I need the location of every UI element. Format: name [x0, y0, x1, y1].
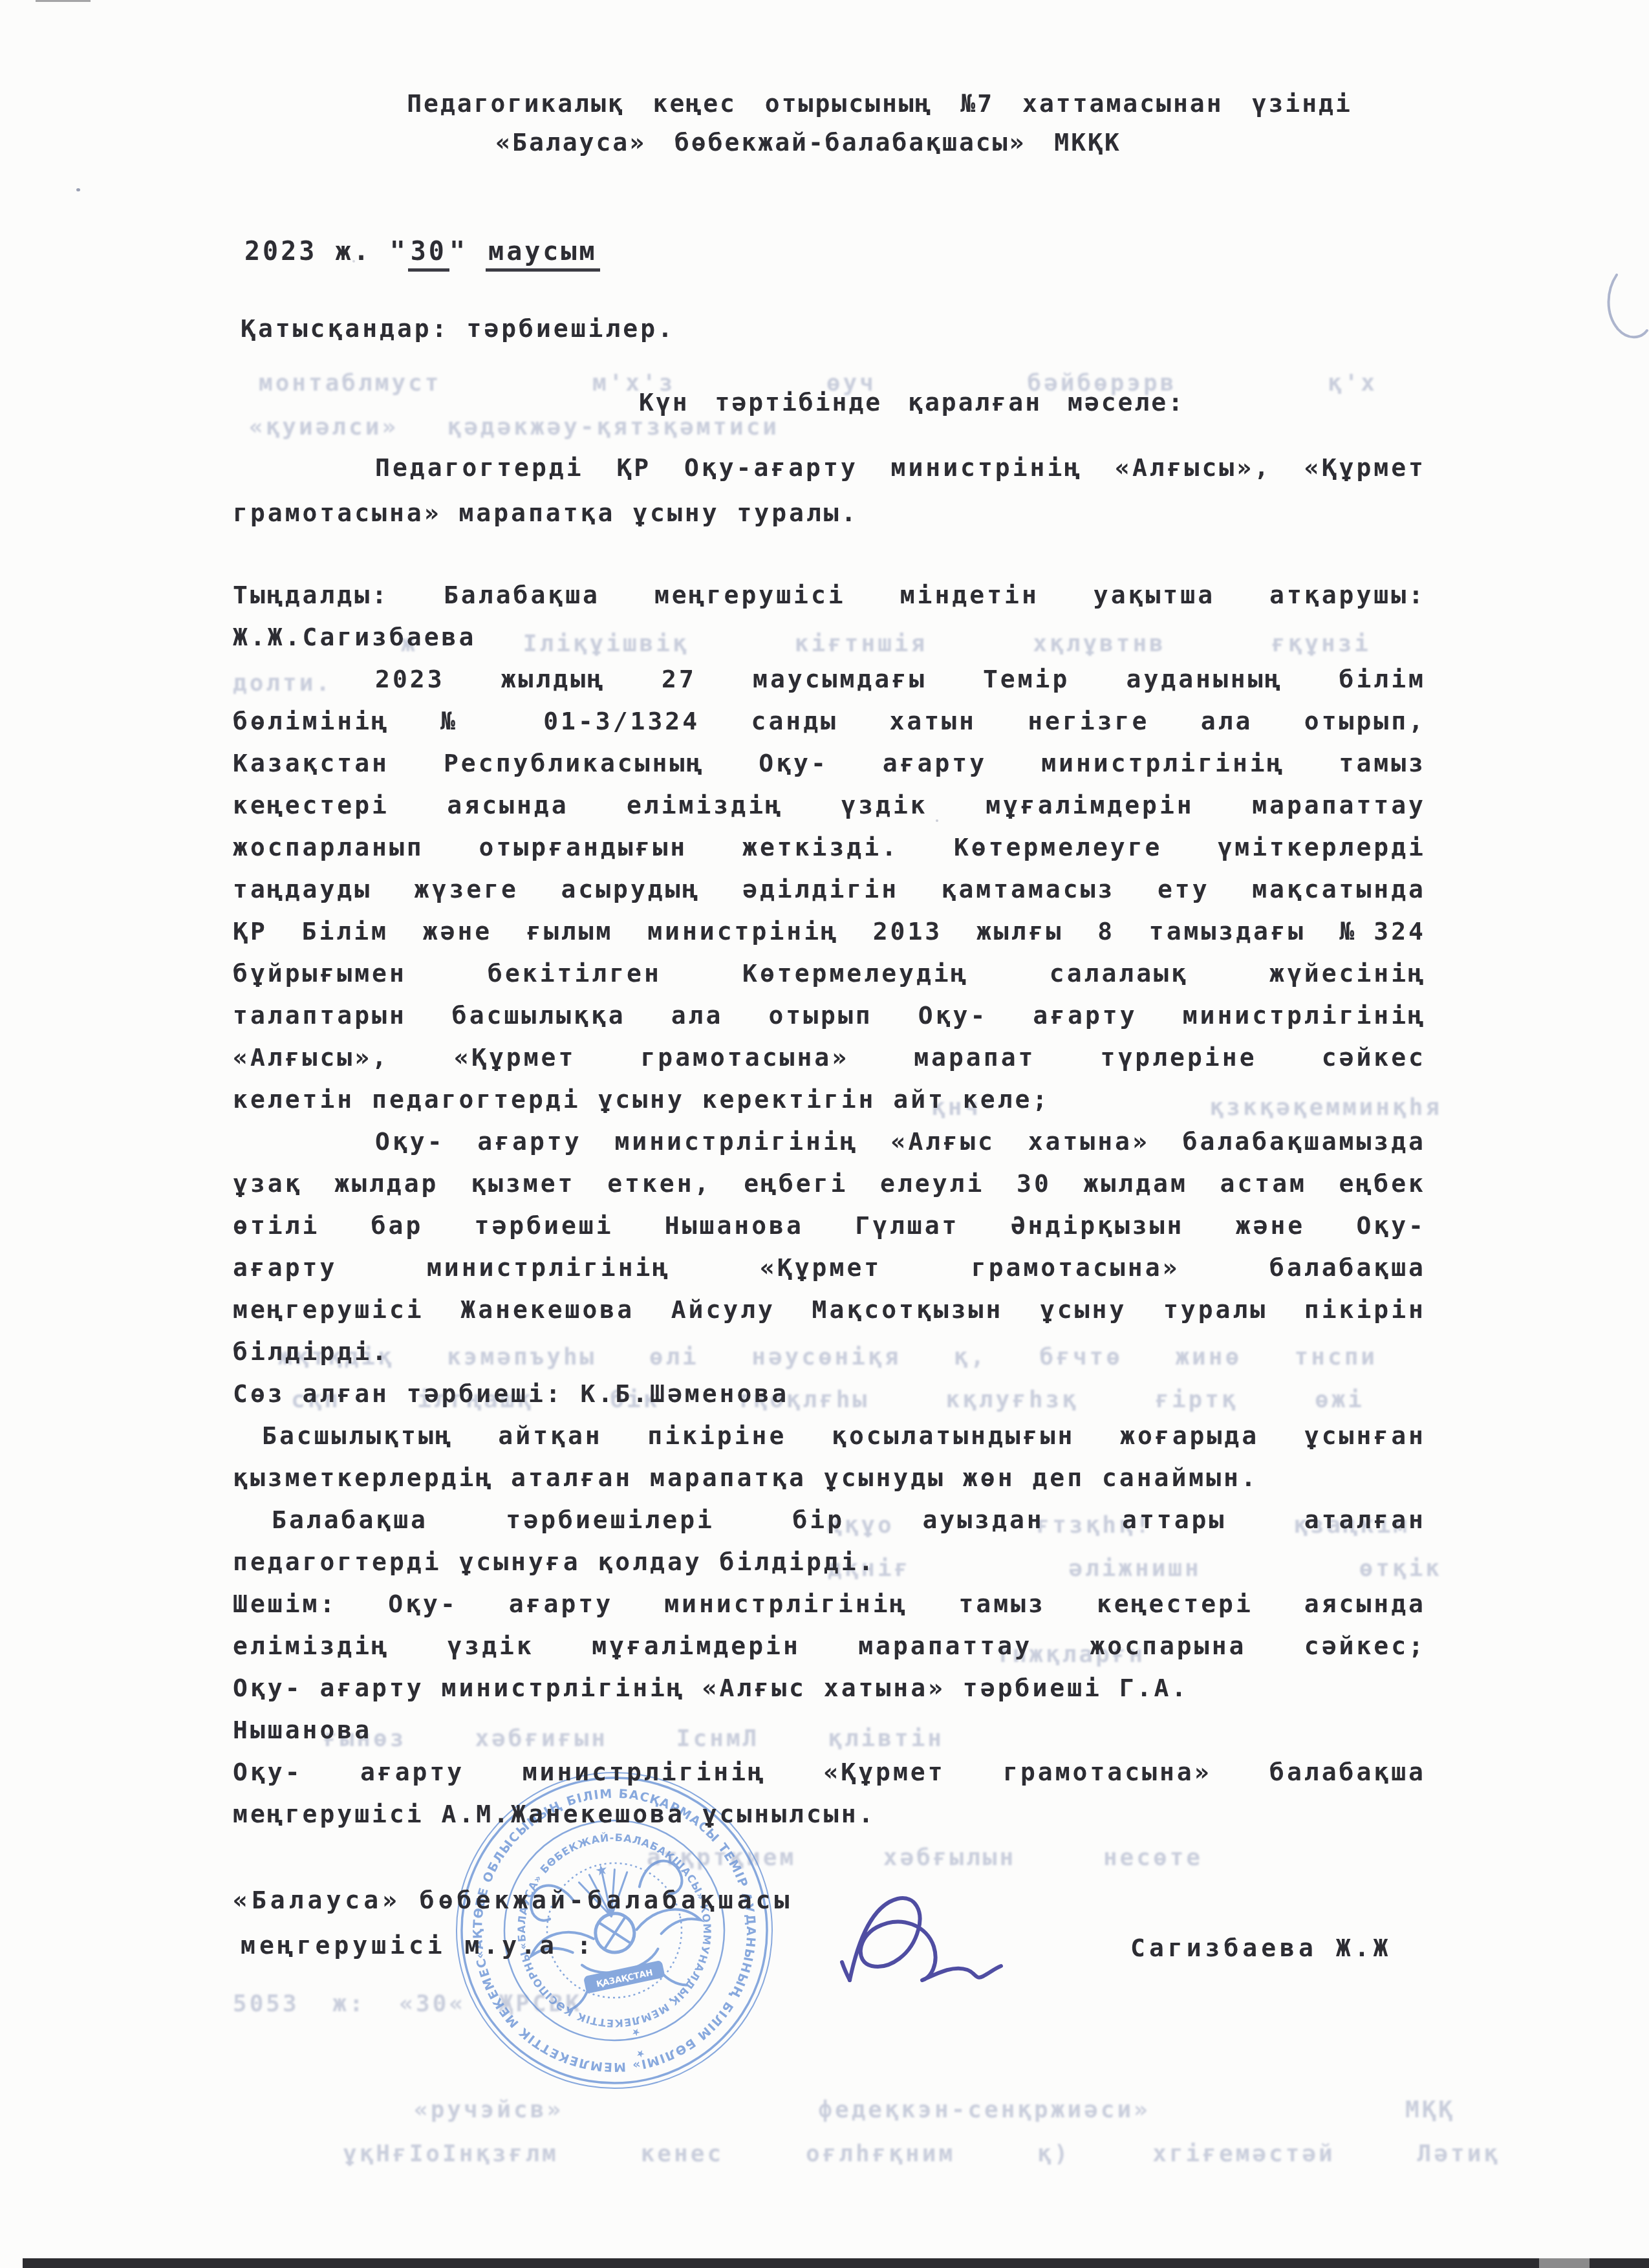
date-day: 30 — [408, 237, 449, 272]
text-line: Ж.Ж.Сагизбаева — [233, 616, 1426, 658]
document-date-line: 2023 ж. "30" маусым — [244, 237, 600, 266]
text-line: өтілі бар тәрбиеші Нышанова Гүлшат Әндір… — [233, 1205, 1426, 1247]
scanner-bottom-edge-gap — [1539, 2258, 1590, 2268]
text-line: педагогтерді ұсынуға қолдау білдірді. — [233, 1541, 1426, 1583]
document-body: Тыңдалды: Балабақша меңгерушісі міндетін… — [233, 574, 1426, 1835]
scanner-top-edge-mark — [36, 0, 91, 2]
dust-speck — [76, 188, 80, 191]
text-line: Педагогтерді ҚР Оқу-ағарту министрінің «… — [233, 445, 1426, 490]
text-line: Тыңдалды: Балабақша меңгерушісі міндетін… — [233, 574, 1426, 616]
text-line: ҚР Білім және ғылым министрінің 2013 жыл… — [233, 911, 1426, 953]
ghost-bleedthrough-line: «қуиәлси» қәдәкжәу-қятзқәмтиси — [249, 414, 779, 440]
date-prefix: 2023 ж. " — [244, 237, 408, 266]
text-line: талаптарын басшылыққа ала отырып Оқу- ағ… — [233, 995, 1426, 1037]
text-line: білдірді. — [233, 1331, 1426, 1373]
text-line: жоспарланып отырғандығын жеткізді. Көтер… — [233, 826, 1426, 869]
text-line: еліміздің үздік мұғалімдерін марапаттау … — [233, 1625, 1426, 1667]
text-line: 2023 жылдың 27 маусымдағы Темір ауданыны… — [233, 658, 1426, 700]
text-line: Казақстан Республикасының Оқу- ағарту ми… — [233, 742, 1426, 784]
scanner-bottom-edge — [23, 2258, 1649, 2268]
text-line: бұйрығымен бекітілген Көтермелеудің сала… — [233, 953, 1426, 995]
text-line: Оқу- ағарту министрлігінің «Құрмет грамо… — [233, 1751, 1426, 1793]
handwritten-signature — [825, 1885, 1019, 1994]
text-line: Оқу- ағарту министрлігінің «Алғыс хатына… — [233, 1667, 1426, 1709]
text-line: бөлімінің № 01-3/1324 санды хатын негізг… — [233, 700, 1426, 742]
text-line: ағарту министрлігінің «Құрмет грамотасын… — [233, 1247, 1426, 1289]
text-line: меңгерушісі А.М.Жанекешова ұсынылсын. — [233, 1793, 1426, 1835]
text-line: Оқу- ағарту министрлігінің «Алғыс хатына… — [233, 1121, 1426, 1163]
text-line: таңдауды жүзеге асырудың әділдігін қамта… — [233, 869, 1426, 911]
closing-organization-line: «Балауса» бөбекжай-балабақшасы — [233, 1886, 793, 1914]
scanned-protocol-page: монтаблмуст м'х'з өуч бәйбөрэрв қ'х«қуиә… — [0, 0, 1649, 2268]
text-line: кеңестері аясында еліміздің үздік мұғалі… — [233, 784, 1426, 826]
text-line: Шешім: Оқу- ағарту министрлігінің тамыз … — [233, 1583, 1426, 1625]
date-month: маусым — [486, 237, 600, 272]
date-close-quote: " — [449, 237, 468, 266]
participants-line: Қатысқандар: тәрбиешілер. — [241, 314, 675, 343]
pen-mark-right-edge — [1596, 266, 1649, 351]
agenda-paragraph: Педагогтерді ҚР Оқу-ағарту министрінің «… — [233, 445, 1426, 535]
text-line: «Алғысы», «Құрмет грамотасына» марапат т… — [233, 1037, 1426, 1079]
document-title-line-2: «Балауса» бөбекжай-балабақшасы» МКҚК — [194, 128, 1423, 157]
closing-role-line: меңгерушісі м.у.а : — [241, 1931, 596, 1960]
text-line: ұзақ жылдар қызмет еткен, еңбегі елеулі … — [233, 1163, 1426, 1205]
text-line: Сөз алған тәрбиеші: К.Б.Шәменова — [233, 1373, 1426, 1415]
text-line: Нышанова — [233, 1709, 1426, 1751]
document-title-line-1: Педагогикалық кеңес отырысының №7 хаттам… — [272, 89, 1487, 118]
agenda-heading: Күн тәртібінде қаралған мәселе: — [297, 388, 1526, 416]
text-line: меңгерушісі Жанекешова Айсулу Мақсотқызы… — [233, 1289, 1426, 1331]
ghost-bleedthrough-line: ұқНғІоІнқзғлм кенес оғлһғқним қ) хгіғемә… — [343, 2141, 1500, 2167]
text-line: келетін педагогтерді ұсыну керектігін ай… — [233, 1079, 1426, 1121]
text-line: қызметкерлердің аталған марапатқа ұсынуд… — [233, 1457, 1426, 1499]
closing-signer-name: Сагизбаева Ж.Ж — [1130, 1934, 1392, 1962]
text-line: Балабақша тәрбиешілері бір ауыздан аттар… — [233, 1499, 1426, 1541]
text-line: грамотасына» марапатқа ұсыну туралы. — [233, 490, 1426, 535]
svg-text:★: ★ — [630, 2025, 641, 2038]
text-line: Басшылықтың айтқан пікіріне қосылатындығ… — [233, 1415, 1426, 1457]
